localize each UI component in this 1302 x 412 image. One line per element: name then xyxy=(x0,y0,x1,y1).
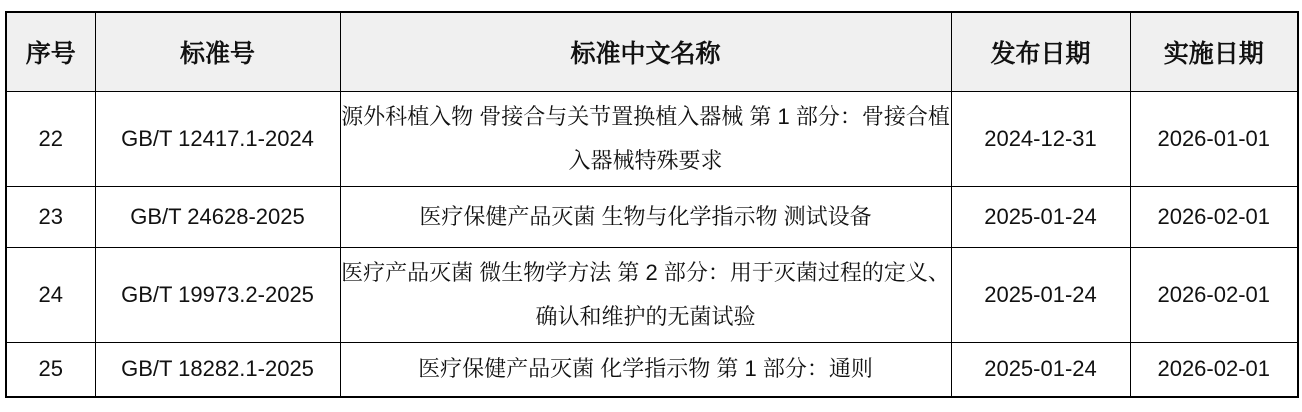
table-row: 25 GB/T 18282.1-2025 医疗保健产品灭菌 化学指示物 第 1 … xyxy=(6,342,1298,397)
cell-standard-name: 医疗产品灭菌 微生物学方法 第 2 部分：用于灭菌过程的定义、确认和维护的无菌试… xyxy=(340,247,951,342)
column-header-standard-no: 标准号 xyxy=(95,12,340,91)
cell-standard-no: GB/T 12417.1-2024 xyxy=(95,91,340,186)
table-row: 24 GB/T 19973.2-2025 医疗产品灭菌 微生物学方法 第 2 部… xyxy=(6,247,1298,342)
cell-standard-no: GB/T 24628-2025 xyxy=(95,186,340,247)
cell-implement-date: 2026-02-01 xyxy=(1130,186,1298,247)
cell-seq: 22 xyxy=(6,91,95,186)
cell-standard-name: 医疗保健产品灭菌 化学指示物 第 1 部分：通则 xyxy=(340,342,951,397)
cell-implement-date: 2026-01-01 xyxy=(1130,91,1298,186)
cell-standard-no: GB/T 19973.2-2025 xyxy=(95,247,340,342)
cell-standard-name: 医疗保健产品灭菌 生物与化学指示物 测试设备 xyxy=(340,186,951,247)
cell-standard-name: 源外科植入物 骨接合与关节置换植入器械 第 1 部分：骨接合植入器械特殊要求 xyxy=(340,91,951,186)
cell-standard-no: GB/T 18282.1-2025 xyxy=(95,342,340,397)
standards-table: 序号 标准号 标准中文名称 发布日期 实施日期 22 GB/T 12417.1-… xyxy=(5,11,1299,398)
column-header-standard-name: 标准中文名称 xyxy=(340,12,951,91)
cell-publish-date: 2025-01-24 xyxy=(951,342,1130,397)
cell-publish-date: 2025-01-24 xyxy=(951,247,1130,342)
column-header-publish-date: 发布日期 xyxy=(951,12,1130,91)
table-row: 22 GB/T 12417.1-2024 源外科植入物 骨接合与关节置换植入器械… xyxy=(6,91,1298,186)
cell-publish-date: 2025-01-24 xyxy=(951,186,1130,247)
cell-seq: 25 xyxy=(6,342,95,397)
column-header-implement-date: 实施日期 xyxy=(1130,12,1298,91)
page: 序号 标准号 标准中文名称 发布日期 实施日期 22 GB/T 12417.1-… xyxy=(0,0,1302,412)
table-header-row: 序号 标准号 标准中文名称 发布日期 实施日期 xyxy=(6,12,1298,91)
cell-seq: 23 xyxy=(6,186,95,247)
cell-publish-date: 2024-12-31 xyxy=(951,91,1130,186)
cell-seq: 24 xyxy=(6,247,95,342)
table-row: 23 GB/T 24628-2025 医疗保健产品灭菌 生物与化学指示物 测试设… xyxy=(6,186,1298,247)
cell-implement-date: 2026-02-01 xyxy=(1130,342,1298,397)
cell-implement-date: 2026-02-01 xyxy=(1130,247,1298,342)
column-header-seq: 序号 xyxy=(6,12,95,91)
